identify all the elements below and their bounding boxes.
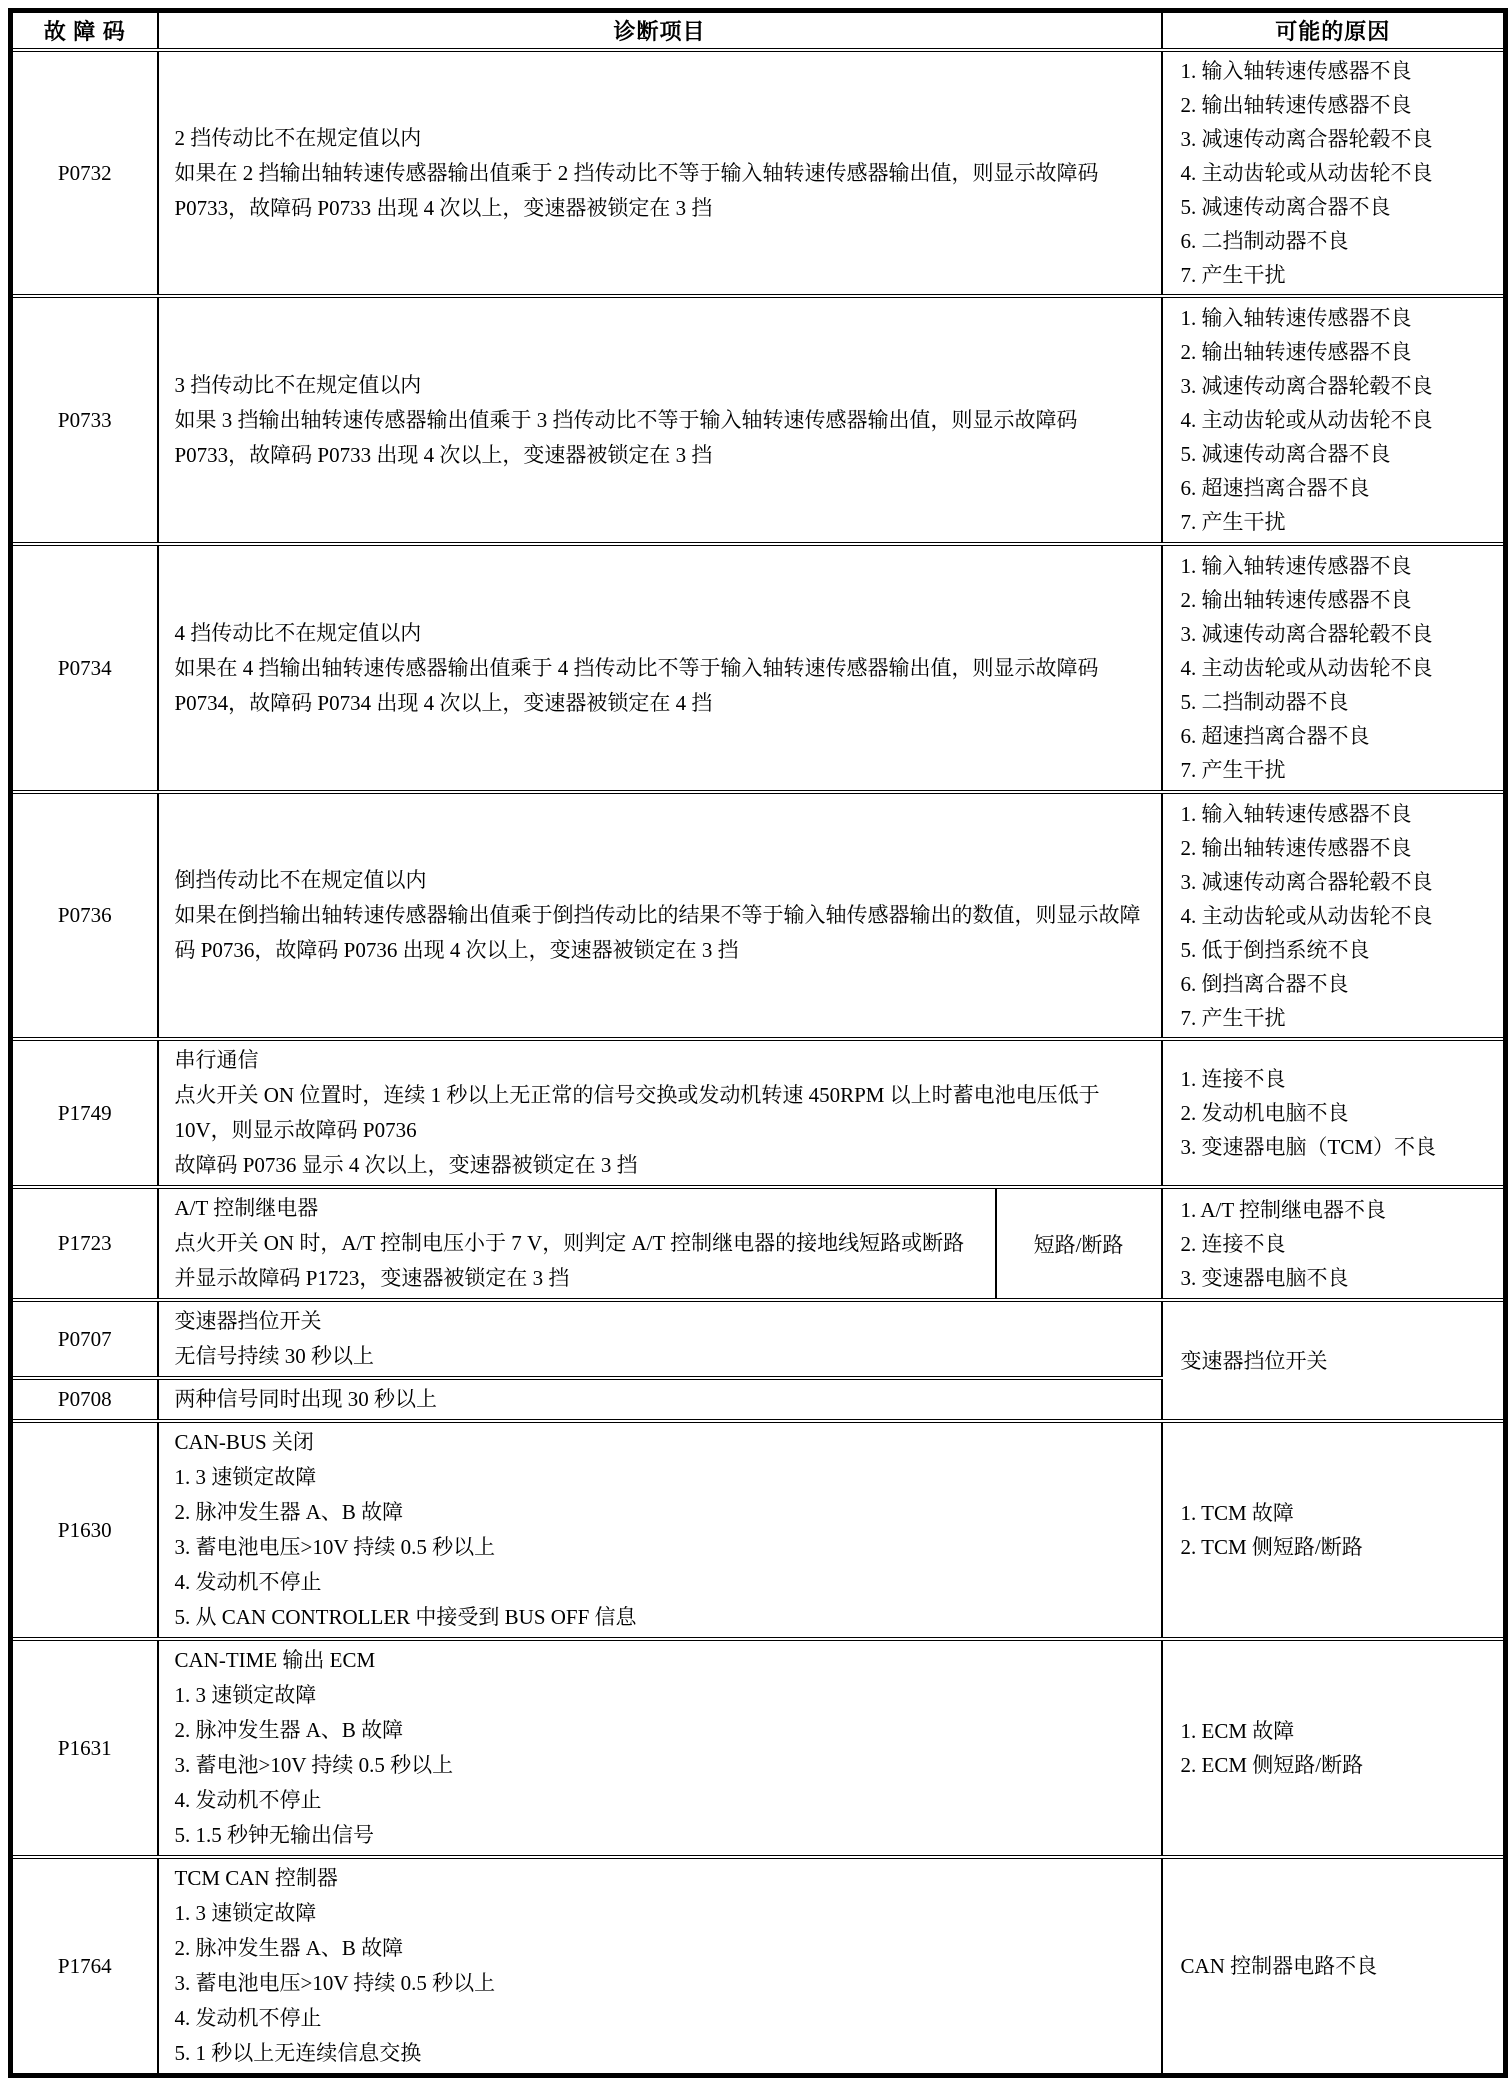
cause-item: 1. 输入轴转速传感器不良	[1181, 797, 1498, 831]
cause-item: 3. 减速传动离合器轮毂不良	[1181, 369, 1498, 403]
cause-item: 4. 主动齿轮或从动齿轮不良	[1181, 651, 1498, 685]
diagnosis-cell: 两种信号同时出现 30 秒以上	[158, 1378, 1162, 1421]
table-row: P0732 2 挡传动比不在规定值以内 如果在 2 挡输出轴转速传感器输出值乘于…	[11, 50, 1506, 296]
diag-line: 4. 发动机不停止	[175, 2001, 1151, 2036]
fault-code-cell: P1723	[11, 1187, 158, 1300]
table-row: P1631 CAN-TIME 输出 ECM 1. 3 速锁定故障 2. 脉冲发生…	[11, 1639, 1506, 1857]
diag-line: 如果在 4 挡输出轴转速传感器输出值乘于 4 挡传动比不等于输入轴转速传感器输出…	[175, 651, 1151, 721]
cause-item: 2. 输出轴转速传感器不良	[1181, 583, 1498, 617]
cause-item: 4. 主动齿轮或从动齿轮不良	[1181, 403, 1498, 437]
fault-code-table: 故 障 码 诊断项目 可能的原因 P0732 2 挡传动比不在规定值以内 如果在…	[8, 8, 1508, 2078]
fault-code-cell: P0732	[11, 50, 158, 296]
diag-line: 2. 脉冲发生器 A、B 故障	[175, 1495, 1151, 1530]
cause-item: 1. 连接不良	[1181, 1062, 1498, 1096]
cause-item: 2. 输出轴转速传感器不良	[1181, 831, 1498, 865]
fault-code-cell: P1630	[11, 1421, 158, 1639]
cause-item: 变速器挡位开关	[1181, 1344, 1498, 1378]
cause-item: 4. 主动齿轮或从动齿轮不良	[1181, 899, 1498, 933]
cause-item: 4. 主动齿轮或从动齿轮不良	[1181, 156, 1498, 190]
cause-item: 6. 超速挡离合器不良	[1181, 471, 1498, 505]
causes-cell: 1. 输入轴转速传感器不良 2. 输出轴转速传感器不良 3. 减速传动离合器轮毂…	[1162, 296, 1506, 544]
header-diagnosis: 诊断项目	[158, 11, 1162, 51]
diagnosis-cell: 倒挡传动比不在规定值以内 如果在倒挡输出轴转速传感器输出值乘于倒挡传动比的结果不…	[158, 792, 1162, 1039]
header-fault-code: 故 障 码	[11, 11, 158, 51]
causes-cell: 1. TCM 故障 2. TCM 侧短路/断路	[1162, 1421, 1506, 1639]
cause-item: 5. 减速传动离合器不良	[1181, 437, 1498, 471]
diag-line: 1. 3 速锁定故障	[175, 1896, 1151, 1931]
short-open-circuit-cell: 短路/断路	[996, 1187, 1162, 1300]
causes-cell: 1. 输入轴转速传感器不良 2. 输出轴转速传感器不良 3. 减速传动离合器轮毂…	[1162, 50, 1506, 296]
diag-line: 3. 蓄电池>10V 持续 0.5 秒以上	[175, 1748, 1151, 1783]
cause-item: 3. 减速传动离合器轮毂不良	[1181, 617, 1498, 651]
diag-line: 3. 蓄电池电压>10V 持续 0.5 秒以上	[175, 1530, 1151, 1565]
diagnosis-cell: 串行通信 点火开关 ON 位置时，连续 1 秒以上无正常的信号交换或发动机转速 …	[158, 1039, 1162, 1187]
table-row: P0707 变速器挡位开关 无信号持续 30 秒以上 变速器挡位开关	[11, 1300, 1506, 1378]
diag-line: 点火开关 ON 位置时，连续 1 秒以上无正常的信号交换或发动机转速 450RP…	[175, 1078, 1151, 1148]
cause-item: 6. 超速挡离合器不良	[1181, 719, 1498, 753]
fault-code-cell: P0736	[11, 792, 158, 1039]
diag-line: 5. 从 CAN CONTROLLER 中接受到 BUS OFF 信息	[175, 1600, 1151, 1635]
causes-cell: 1. A/T 控制继电器不良 2. 连接不良 3. 变速器电脑不良	[1162, 1187, 1506, 1300]
diag-line: 故障码 P0736 显示 4 次以上，变速器被锁定在 3 挡	[175, 1148, 1151, 1183]
cause-item: 5. 减速传动离合器不良	[1181, 190, 1498, 224]
causes-cell: 1. 输入轴转速传感器不良 2. 输出轴转速传感器不良 3. 减速传动离合器轮毂…	[1162, 544, 1506, 792]
table-header-row: 故 障 码 诊断项目 可能的原因	[11, 11, 1506, 51]
table-row: P0736 倒挡传动比不在规定值以内 如果在倒挡输出轴转速传感器输出值乘于倒挡传…	[11, 792, 1506, 1039]
fault-code-cell: P1764	[11, 1857, 158, 2076]
table-row: P1723 A/T 控制继电器 点火开关 ON 时，A/T 控制电压小于 7 V…	[11, 1187, 1506, 1300]
diag-line: 4 挡传动比不在规定值以内	[175, 616, 1151, 651]
cause-item: 2. 输出轴转速传感器不良	[1181, 335, 1498, 369]
diag-line: 3 挡传动比不在规定值以内	[175, 368, 1151, 403]
diag-line: A/T 控制继电器	[175, 1191, 985, 1226]
fault-code-cell: P1749	[11, 1039, 158, 1187]
cause-item: 2. ECM 侧短路/断路	[1181, 1748, 1498, 1782]
causes-cell: 1. 输入轴转速传感器不良 2. 输出轴转速传感器不良 3. 减速传动离合器轮毂…	[1162, 792, 1506, 1039]
fault-code-cell: P0733	[11, 296, 158, 544]
diag-line: TCM CAN 控制器	[175, 1861, 1151, 1896]
cause-item: 5. 低于倒挡系统不良	[1181, 933, 1498, 967]
cause-item: 2. 连接不良	[1181, 1227, 1498, 1261]
diagnosis-cell: A/T 控制继电器 点火开关 ON 时，A/T 控制电压小于 7 V，则判定 A…	[158, 1187, 996, 1300]
causes-cell: 1. ECM 故障 2. ECM 侧短路/断路	[1162, 1639, 1506, 1857]
diag-line: 1. 3 速锁定故障	[175, 1678, 1151, 1713]
cause-item: 1. 输入轴转速传感器不良	[1181, 301, 1498, 335]
diagnosis-cell: CAN-BUS 关闭 1. 3 速锁定故障 2. 脉冲发生器 A、B 故障 3.…	[158, 1421, 1162, 1639]
cause-item: 2. TCM 侧短路/断路	[1181, 1530, 1498, 1564]
cause-item: 6. 二挡制动器不良	[1181, 224, 1498, 258]
diag-line: 5. 1 秒以上无连续信息交换	[175, 2036, 1151, 2071]
cause-item: 1. A/T 控制继电器不良	[1181, 1193, 1498, 1227]
table-row: P0734 4 挡传动比不在规定值以内 如果在 4 挡输出轴转速传感器输出值乘于…	[11, 544, 1506, 792]
cause-item: 2. 发动机电脑不良	[1181, 1096, 1498, 1130]
cause-item: 7. 产生干扰	[1181, 258, 1498, 292]
diag-line: 如果在 2 挡输出轴转速传感器输出值乘于 2 挡传动比不等于输入轴转速传感器输出…	[175, 156, 1151, 226]
diag-line: 如果 3 挡输出轴转速传感器输出值乘于 3 挡传动比不等于输入轴转速传感器输出值…	[175, 403, 1151, 473]
fault-code-cell: P0734	[11, 544, 158, 792]
diag-line: 无信号持续 30 秒以上	[175, 1339, 1151, 1374]
cause-item: 6. 倒挡离合器不良	[1181, 967, 1498, 1001]
header-cause: 可能的原因	[1162, 11, 1506, 51]
diag-line: 2. 脉冲发生器 A、B 故障	[175, 1713, 1151, 1748]
fault-code-cell: P0707	[11, 1300, 158, 1378]
diag-line: 变速器挡位开关	[175, 1304, 1151, 1339]
cause-item: 7. 产生干扰	[1181, 505, 1498, 539]
diag-line: 4. 发动机不停止	[175, 1565, 1151, 1600]
diag-line: CAN-BUS 关闭	[175, 1425, 1151, 1460]
cause-item: 3. 减速传动离合器轮毂不良	[1181, 865, 1498, 899]
diag-line: CAN-TIME 输出 ECM	[175, 1643, 1151, 1678]
diag-line: 点火开关 ON 时，A/T 控制电压小于 7 V，则判定 A/T 控制继电器的接…	[175, 1226, 985, 1296]
cause-item: 1. 输入轴转速传感器不良	[1181, 54, 1498, 88]
table-row: P1749 串行通信 点火开关 ON 位置时，连续 1 秒以上无正常的信号交换或…	[11, 1039, 1506, 1187]
diag-line: 1. 3 速锁定故障	[175, 1460, 1151, 1495]
diag-line: 如果在倒挡输出轴转速传感器输出值乘于倒挡传动比的结果不等于输入轴传感器输出的数值…	[175, 898, 1151, 968]
cause-item: CAN 控制器电路不良	[1181, 1949, 1498, 1983]
diag-line: 倒挡传动比不在规定值以内	[175, 863, 1151, 898]
cause-item: 7. 产生干扰	[1181, 753, 1498, 787]
cause-item: 1. TCM 故障	[1181, 1496, 1498, 1530]
diagnosis-cell: 变速器挡位开关 无信号持续 30 秒以上	[158, 1300, 1162, 1378]
table-row: P1764 TCM CAN 控制器 1. 3 速锁定故障 2. 脉冲发生器 A、…	[11, 1857, 1506, 2076]
diagnosis-cell: CAN-TIME 输出 ECM 1. 3 速锁定故障 2. 脉冲发生器 A、B …	[158, 1639, 1162, 1857]
table-row: P0733 3 挡传动比不在规定值以内 如果 3 挡输出轴转速传感器输出值乘于 …	[11, 296, 1506, 544]
cause-item: 3. 变速器电脑不良	[1181, 1261, 1498, 1295]
diagnosis-cell: TCM CAN 控制器 1. 3 速锁定故障 2. 脉冲发生器 A、B 故障 3…	[158, 1857, 1162, 2076]
cause-item: 2. 输出轴转速传感器不良	[1181, 88, 1498, 122]
fault-code-cell: P1631	[11, 1639, 158, 1857]
cause-item: 7. 产生干扰	[1181, 1001, 1498, 1035]
diagnosis-cell: 2 挡传动比不在规定值以内 如果在 2 挡输出轴转速传感器输出值乘于 2 挡传动…	[158, 50, 1162, 296]
diagnosis-cell: 3 挡传动比不在规定值以内 如果 3 挡输出轴转速传感器输出值乘于 3 挡传动比…	[158, 296, 1162, 544]
diag-line: 4. 发动机不停止	[175, 1783, 1151, 1818]
diag-line: 3. 蓄电池电压>10V 持续 0.5 秒以上	[175, 1966, 1151, 2001]
diagnosis-cell: 4 挡传动比不在规定值以内 如果在 4 挡输出轴转速传感器输出值乘于 4 挡传动…	[158, 544, 1162, 792]
causes-cell: 变速器挡位开关	[1162, 1300, 1506, 1421]
cause-item: 3. 减速传动离合器轮毂不良	[1181, 122, 1498, 156]
cause-item: 5. 二挡制动器不良	[1181, 685, 1498, 719]
causes-cell: 1. 连接不良 2. 发动机电脑不良 3. 变速器电脑（TCM）不良	[1162, 1039, 1506, 1187]
fault-code-cell: P0708	[11, 1378, 158, 1421]
diag-line: 5. 1.5 秒钟无输出信号	[175, 1818, 1151, 1853]
diag-line: 串行通信	[175, 1043, 1151, 1078]
document-page: 故 障 码 诊断项目 可能的原因 P0732 2 挡传动比不在规定值以内 如果在…	[0, 0, 1511, 2016]
cause-item: 1. ECM 故障	[1181, 1714, 1498, 1748]
causes-cell: CAN 控制器电路不良	[1162, 1857, 1506, 2076]
diag-line: 2 挡传动比不在规定值以内	[175, 121, 1151, 156]
diag-line: 2. 脉冲发生器 A、B 故障	[175, 1931, 1151, 1966]
cause-item: 1. 输入轴转速传感器不良	[1181, 549, 1498, 583]
cause-item: 3. 变速器电脑（TCM）不良	[1181, 1130, 1498, 1164]
diag-line: 两种信号同时出现 30 秒以上	[175, 1382, 1151, 1417]
table-row: P1630 CAN-BUS 关闭 1. 3 速锁定故障 2. 脉冲发生器 A、B…	[11, 1421, 1506, 1639]
